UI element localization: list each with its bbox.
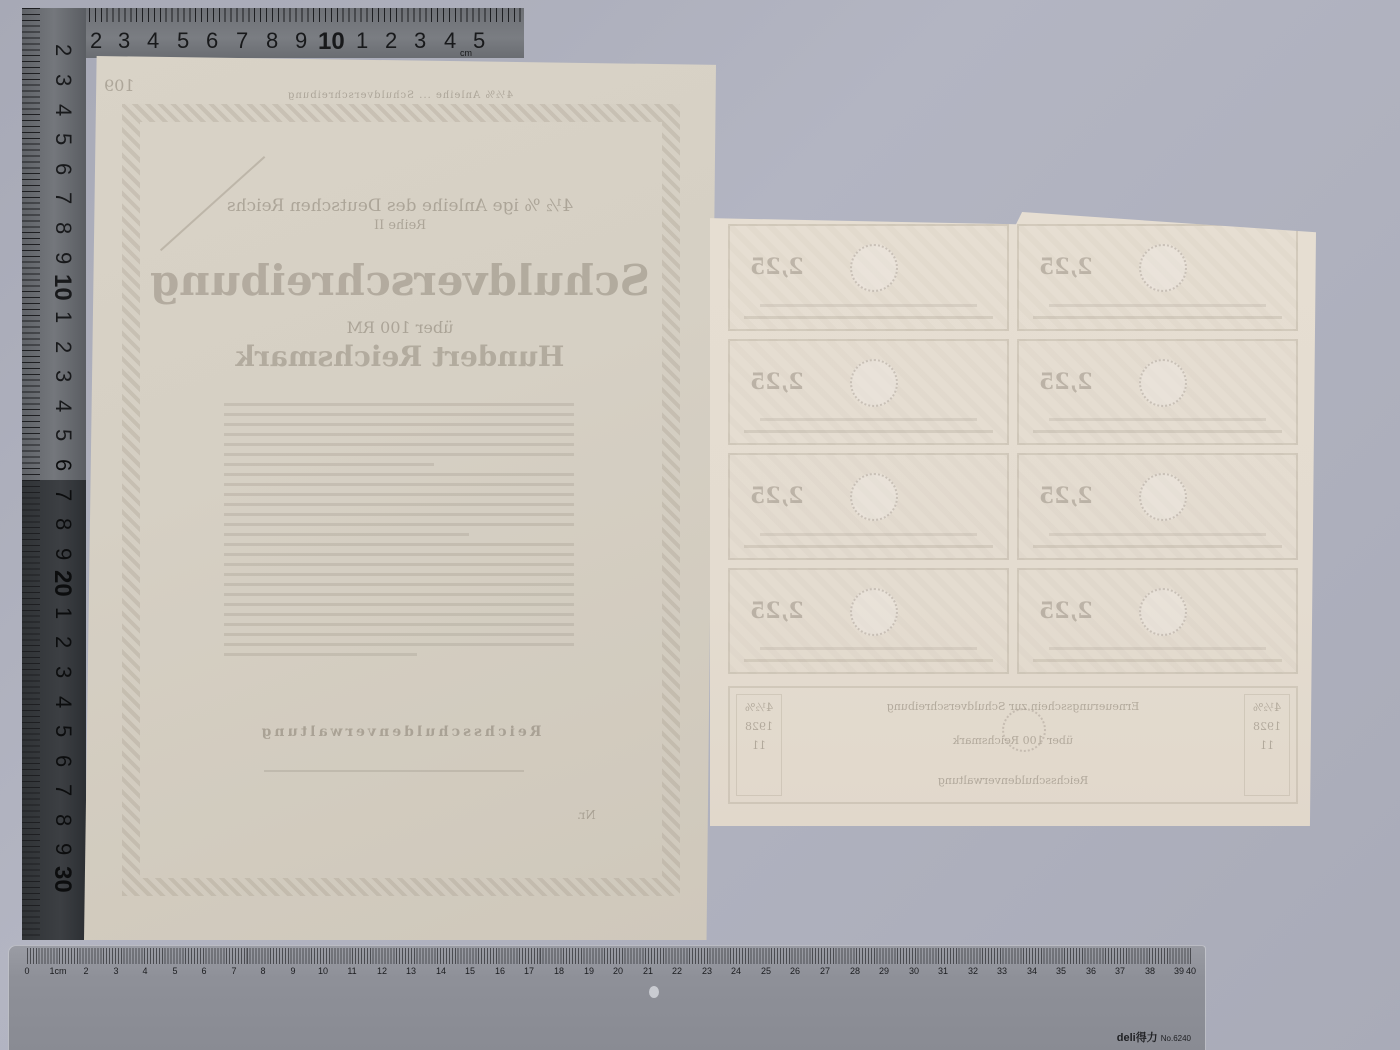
seal-icon (1139, 588, 1187, 636)
ruler-label: 5 (50, 429, 76, 441)
seal-icon (1002, 708, 1046, 752)
ruler-label: 21 (643, 966, 653, 976)
ruler-label: 4 (142, 966, 147, 976)
talon-right-box: 4½% 1928 11 (1244, 694, 1290, 796)
seal-icon (850, 588, 898, 636)
coupon: 2,25 (1017, 453, 1298, 560)
ruler-label: 10 (318, 966, 328, 976)
ruler-label: 7 (50, 192, 76, 204)
ruler-label: 9 (290, 966, 295, 976)
ruler-label: 3 (50, 666, 76, 678)
ruler-label: 10 (48, 274, 76, 301)
ruler-label: 9 (50, 252, 76, 264)
ruler-label: 2 (50, 341, 76, 353)
ruler-label: 39 (1174, 966, 1184, 976)
bond-denomination: über 100 RM (84, 318, 716, 337)
steel-ruler-left-labels: 2 3 4 5 6 7 8 9 10 1 2 3 4 5 6 7 8 9 20 … (22, 8, 86, 940)
ruler-label: 10 (318, 28, 345, 56)
ruler-label: 3 (50, 370, 76, 382)
seal-icon (850, 359, 898, 407)
seal-icon (1139, 244, 1187, 292)
ruler-label: 2 (385, 28, 397, 54)
ruler-label: 7 (236, 28, 248, 54)
ruler-label: 2 (83, 966, 88, 976)
ruler-label: 4 (444, 28, 456, 54)
coupon-sheet: 2,25 2,25 2,25 2,25 2,25 2,25 2,25 2,25 … (710, 212, 1316, 826)
seal-icon (850, 244, 898, 292)
plastic-ruler: 0 1cm 2 3 4 5 6 7 8 9 10 11 12 13 14 15 … (8, 945, 1206, 1050)
ruler-ticks (30, 8, 524, 22)
coupon: 2,25 (728, 453, 1009, 560)
coupon-grid: 2,25 2,25 2,25 2,25 2,25 2,25 2,25 2,25 (728, 224, 1298, 674)
ruler-label: 23 (702, 966, 712, 976)
bond-header-line: 4½% Anleihe ... Schuldverschreibung (84, 90, 716, 101)
ruler-label: 4 (50, 696, 76, 708)
ruler-label: 5 (50, 133, 76, 145)
ruler-label: 6 (201, 966, 206, 976)
ruler-label: 12 (377, 966, 387, 976)
ruler-label: 22 (672, 966, 682, 976)
coupon: 2,25 (1017, 224, 1298, 331)
bond-certificate: 109 4½% Anleihe ... Schuldverschreibung … (84, 56, 716, 940)
bond-serial: Reihe II (84, 218, 716, 233)
ruler-label: 29 (879, 966, 889, 976)
ruler-label: 4 (147, 28, 159, 54)
ruler-label: 28 (850, 966, 860, 976)
ruler-label: 20 (613, 966, 623, 976)
ruler-label: 2 (50, 44, 76, 56)
ruler-label: 26 (790, 966, 800, 976)
renewal-talon: 4½% 1928 11 4½% 1928 11 Erneuerungsschei… (728, 686, 1298, 804)
ruler-label: 6 (50, 163, 76, 175)
ruler-label: 7 (50, 489, 76, 501)
seal-icon (1139, 359, 1187, 407)
ruler-label: 1 (50, 311, 76, 323)
ruler-label: 38 (1145, 966, 1155, 976)
bond-title: Schuldverschreibung (84, 256, 716, 305)
ruler-label: 5 (50, 725, 76, 737)
ruler-label: 37 (1115, 966, 1125, 976)
ruler-unit: cm (460, 48, 472, 58)
coupon: 2,25 (728, 568, 1009, 675)
ruler-label: 8 (260, 966, 265, 976)
ruler-label: 19 (584, 966, 594, 976)
ruler-label: 6 (50, 755, 76, 767)
ruler-label: 27 (820, 966, 830, 976)
ruler-label: 40 (1186, 966, 1196, 976)
bond-amount-words: Hundert Reichsmark (84, 340, 716, 373)
ruler-label: 2 (50, 636, 76, 648)
ruler-label: 30 (48, 866, 76, 893)
ruler-label: 9 (50, 548, 76, 560)
ruler-label: 0 (24, 966, 29, 976)
ruler-hang-hole (649, 986, 659, 998)
ruler-label: 9 (295, 28, 307, 54)
ruler-label: 16 (495, 966, 505, 976)
ruler-label: 5 (172, 966, 177, 976)
ruler-label: 3 (113, 966, 118, 976)
ruler-label: 3 (118, 28, 130, 54)
ruler-label: 8 (50, 518, 76, 530)
ruler-label: 1 (356, 28, 368, 54)
bond-number: Nr. (577, 808, 596, 822)
ruler-label: 14 (436, 966, 446, 976)
bond-issuer-signature-title: Reichsschuldenverwaltung (84, 724, 716, 740)
ruler-label: 8 (50, 814, 76, 826)
seal-icon (1139, 473, 1187, 521)
ruler-label: 4 (50, 104, 76, 116)
seal-icon (850, 473, 898, 521)
ruler-label: 31 (938, 966, 948, 976)
ruler-label: 36 (1086, 966, 1096, 976)
signature-line (264, 756, 524, 772)
talon-line-3: Reichsschuldenverwaltung (800, 774, 1226, 787)
steel-ruler-top-arm: 2 3 4 5 6 7 8 9 10 1 2 3 4 5 cm (30, 8, 524, 58)
ruler-label: 1 (50, 607, 76, 619)
ruler-label: 5 (177, 28, 189, 54)
ruler-label: 9 (50, 843, 76, 855)
coupon: 2,25 (728, 224, 1009, 331)
bond-issuer-line: 4½ % ige Anleihe des Deutschen Reichs (84, 196, 716, 216)
ruler-ticks (27, 948, 1193, 964)
ruler-label: 8 (266, 28, 278, 54)
ruler-label: 5 (473, 28, 485, 54)
ruler-brand: deli得力 No.6240 (1117, 1029, 1191, 1045)
ruler-label: 25 (761, 966, 771, 976)
ruler-label: 34 (1027, 966, 1037, 976)
ruler-label: 18 (554, 966, 564, 976)
ruler-label: 4 (50, 400, 76, 412)
ruler-label: 35 (1056, 966, 1066, 976)
coupon: 2,25 (1017, 568, 1298, 675)
ruler-label: 3 (414, 28, 426, 54)
ruler-label: 32 (968, 966, 978, 976)
coupon: 2,25 (1017, 339, 1298, 446)
ruler-label: 8 (50, 222, 76, 234)
talon-left-box: 4½% 1928 11 (736, 694, 782, 796)
ruler-label: 6 (206, 28, 218, 54)
ruler-label: 7 (50, 784, 76, 796)
ruler-label: 1cm (49, 966, 66, 976)
ruler-label: 17 (524, 966, 534, 976)
bond-body-text (224, 396, 574, 663)
ruler-label: 7 (231, 966, 236, 976)
ruler-label: 3 (50, 74, 76, 86)
ruler-label: 24 (731, 966, 741, 976)
ruler-label: 11 (347, 966, 356, 976)
ruler-label: 13 (406, 966, 416, 976)
ruler-label: 6 (50, 459, 76, 471)
ruler-label: 20 (48, 570, 76, 597)
ruler-label: 33 (997, 966, 1007, 976)
coupon: 2,25 (728, 339, 1009, 446)
ruler-label: 15 (465, 966, 475, 976)
ruler-label: 2 (90, 28, 102, 54)
ruler-label: 30 (909, 966, 919, 976)
